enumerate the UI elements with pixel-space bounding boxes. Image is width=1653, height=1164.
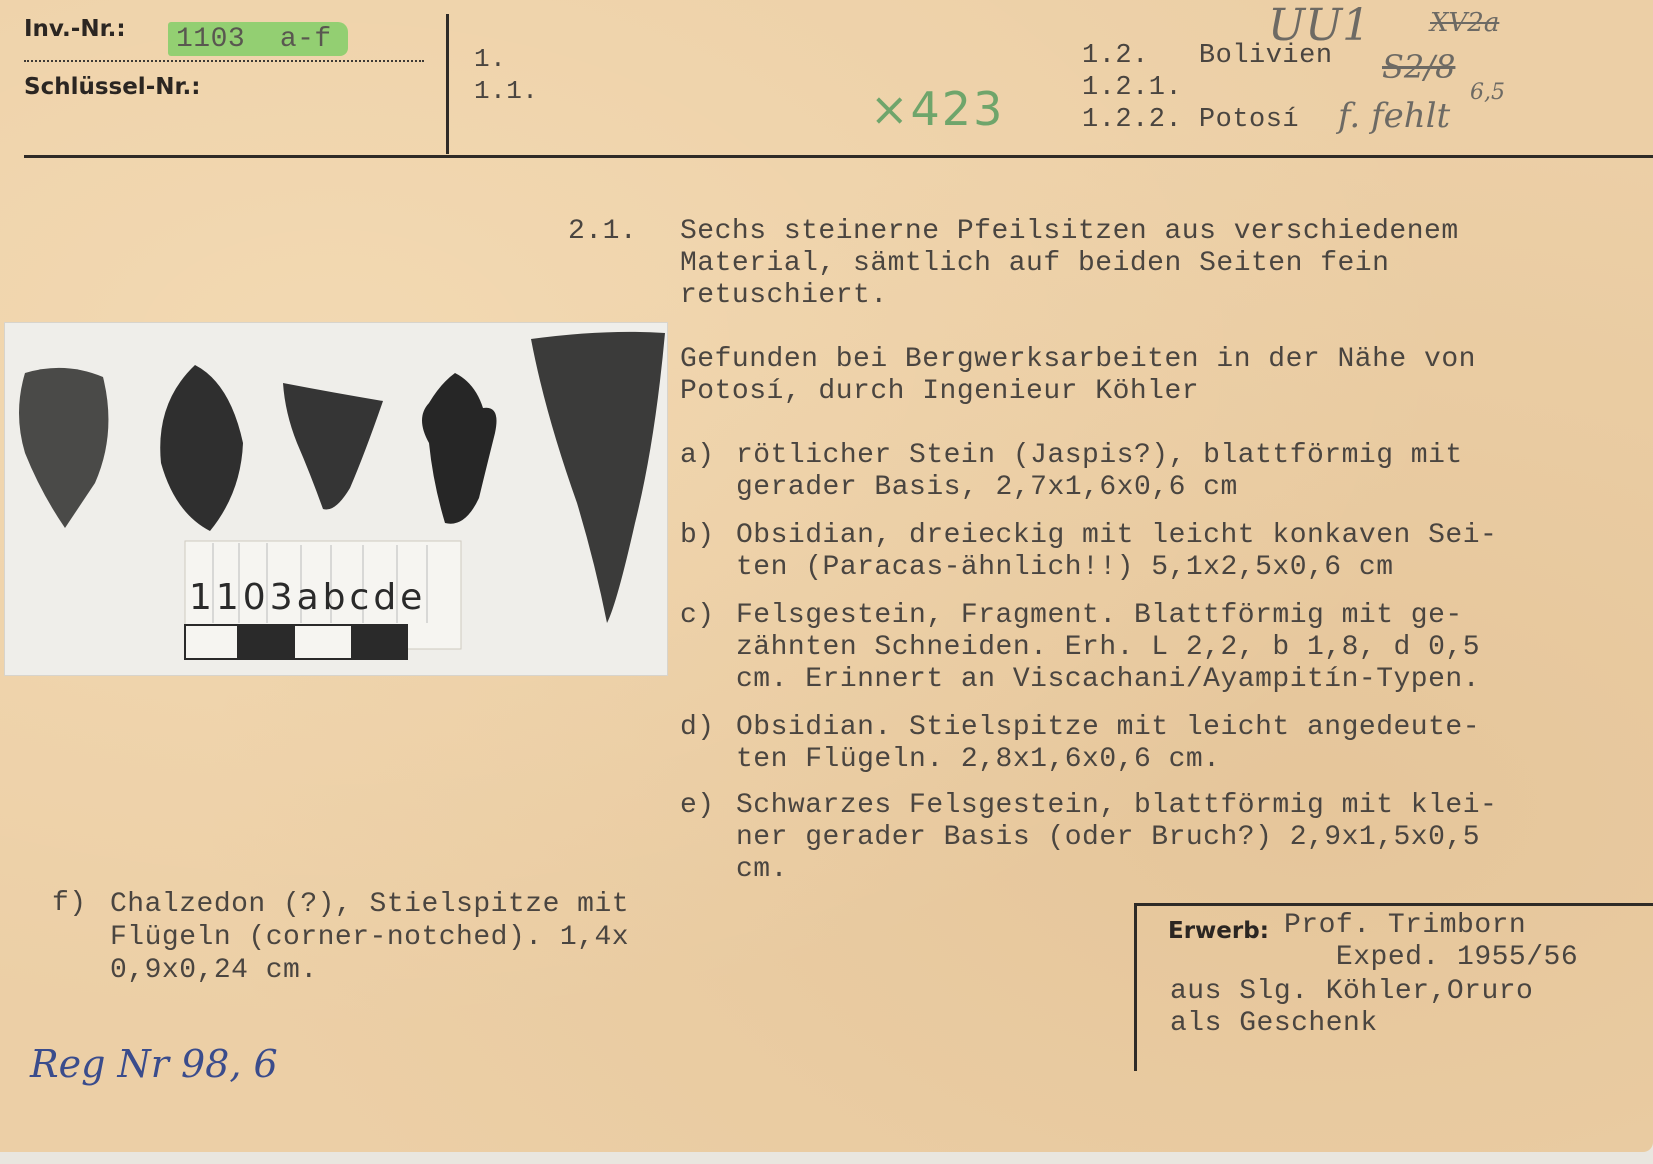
acquisition-details: aus Slg. Köhler,Oruro als Geschenk <box>1170 976 1533 1040</box>
acquisition-source: Prof. Trimborn Exped. 1955/56 <box>1284 910 1578 974</box>
struck-code-2: S2/8 <box>1382 48 1455 86</box>
acquisition-box-left-border <box>1134 903 1137 1071</box>
item-e-text: Schwarzes Felsgestein, blattförmig mit k… <box>736 790 1497 886</box>
pencil-code: UU1 <box>1268 0 1370 51</box>
artifact-photo: 1103abcde <box>4 322 668 676</box>
classification-level-1: 1. <box>474 44 506 74</box>
label-tiles: 1103abcde <box>185 541 461 659</box>
classification-level-1-1: 1.1. <box>474 76 538 106</box>
pencil-small-note: 6,5 <box>1470 80 1505 105</box>
dotted-divider <box>24 60 424 62</box>
struck-code-1: XV2a <box>1430 8 1499 38</box>
svg-text:1103abcde: 1103abcde <box>189 577 426 618</box>
item-c-text: Felsgestein, Fragment. Blattförmig mit g… <box>736 600 1480 696</box>
acquisition-box-top-border <box>1136 903 1653 906</box>
item-a-text: rötlicher Stein (Jaspis?), blattförmig m… <box>736 440 1463 504</box>
item-f-text: Chalzedon (?), Stielspitze mit Flügeln (… <box>110 888 629 987</box>
arrowhead-photo-illustration: 1103abcde <box>5 323 667 675</box>
item-d-letter: d) <box>680 712 715 743</box>
green-handwritten-code: ×423 <box>870 82 1004 136</box>
summary-text: Sechs steinerne Pfeilsitzen aus verschie… <box>680 216 1459 312</box>
header-horizontal-divider <box>24 155 1653 158</box>
key-number-label: Schlüssel-Nr.: <box>24 74 201 100</box>
geographic-classification: 1.2. Bolivien 1.2.1. 1.2.2. Potosí <box>1082 40 1333 136</box>
section-number: 2.1. <box>568 216 637 247</box>
acquisition-label: Erwerb: <box>1168 918 1269 944</box>
inventory-number-value: 1103 a-f <box>176 24 332 55</box>
item-f-letter: f) <box>52 888 87 919</box>
item-e-letter: e) <box>680 790 715 821</box>
item-b-letter: b) <box>680 520 715 551</box>
provenance-text: Gefunden bei Bergwerksarbeiten in der Nä… <box>680 344 1476 408</box>
header-vertical-divider <box>446 14 449 154</box>
inventory-number-highlight: 1103 a-f <box>168 22 348 56</box>
catalog-card: Inv.-Nr.: 1103 a-f Schlüssel-Nr.: 1. 1.1… <box>0 0 1653 1152</box>
item-b-text: Obsidian, dreieckig mit leicht konkaven … <box>736 520 1497 584</box>
item-a-letter: a) <box>680 440 715 471</box>
inventory-number-label: Inv.-Nr.: <box>24 16 126 42</box>
register-number-note: Reg Nr 98, 6 <box>30 1042 278 1086</box>
item-c-letter: c) <box>680 600 715 631</box>
missing-note: f. fehlt <box>1338 96 1450 136</box>
item-d-text: Obsidian. Stielspitze mit leicht angedeu… <box>736 712 1480 776</box>
